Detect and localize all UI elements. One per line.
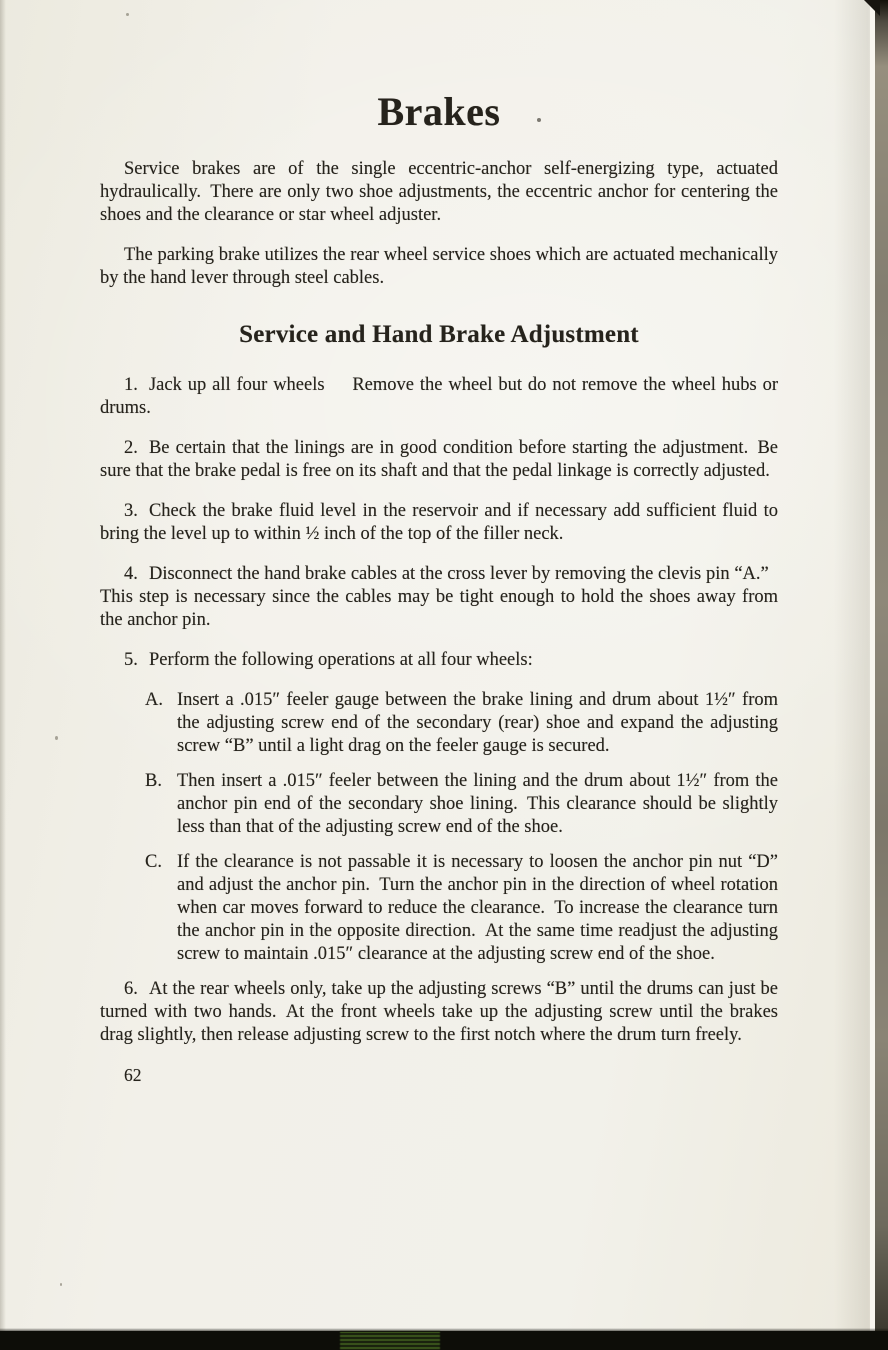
step-3-number: 3. <box>124 501 138 521</box>
step-2: 2.Be certain that the linings are in goo… <box>100 437 778 483</box>
step-3-text: Check the brake fluid level in the reser… <box>100 501 778 544</box>
step-1-text: Jack up all four wheels Remove the wheel… <box>100 375 778 418</box>
step-2-number: 2. <box>124 438 138 458</box>
step-6-number: 6. <box>124 979 138 999</box>
substep-a-letter: A. <box>145 689 163 712</box>
page-edge-shadow <box>834 0 874 1331</box>
ink-speck <box>537 118 541 122</box>
section-heading: Service and Hand Brake Adjustment <box>100 320 778 350</box>
book-page-stack-edge <box>875 0 888 1332</box>
substep-list: A. Insert a .015″ feeler gauge between t… <box>100 689 778 966</box>
intro-paragraph-1: Service brakes are of the single eccentr… <box>100 158 778 227</box>
page-title: Brakes <box>100 88 778 136</box>
step-4-number: 4. <box>124 564 138 584</box>
substep-b-letter: B. <box>145 770 162 793</box>
step-5: 5.Perform the following operations at al… <box>100 649 778 672</box>
substep-b-text: Then insert a .015″ feeler between the l… <box>177 770 778 839</box>
substep-c-letter: C. <box>145 851 162 874</box>
step-1-number: 1. <box>124 375 138 395</box>
substep-c-text: If the clearance is not passable it is n… <box>177 851 778 966</box>
substep-b: B. Then insert a .015″ feeler between th… <box>145 770 778 839</box>
step-2-text: Be certain that the linings are in good … <box>100 438 778 481</box>
page-content: Brakes Service brakes are of the single … <box>100 0 778 1104</box>
intro-paragraph-2: The parking brake utilizes the rear whee… <box>100 244 778 290</box>
step-4: 4.Disconnect the hand brake cables at th… <box>100 563 778 632</box>
step-6: 6.At the rear wheels only, take up the a… <box>100 978 778 1047</box>
ink-speck <box>55 736 58 740</box>
scanner-bottom-bar <box>0 1331 888 1350</box>
substep-a: A. Insert a .015″ feeler gauge between t… <box>145 689 778 758</box>
step-6-text: At the rear wheels only, take up the adj… <box>100 979 778 1045</box>
scanned-page: Brakes Service brakes are of the single … <box>0 0 888 1350</box>
step-3: 3.Check the brake fluid level in the res… <box>100 500 778 546</box>
substep-c: C. If the clearance is not passable it i… <box>145 851 778 966</box>
substep-a-text: Insert a .015″ feeler gauge between the … <box>177 689 778 758</box>
ink-speck <box>126 13 129 16</box>
step-5-text: Perform the following operations at all … <box>149 650 533 670</box>
step-4-text: Disconnect the hand brake cables at the … <box>100 564 778 630</box>
page-number: 62 <box>100 1064 778 1087</box>
ink-speck <box>60 1283 62 1286</box>
page-title-text: Brakes <box>378 89 501 134</box>
page-gutter-shade <box>0 0 6 1332</box>
step-1: 1.Jack up all four wheels Remove the whe… <box>100 374 778 420</box>
step-5-number: 5. <box>124 650 138 670</box>
